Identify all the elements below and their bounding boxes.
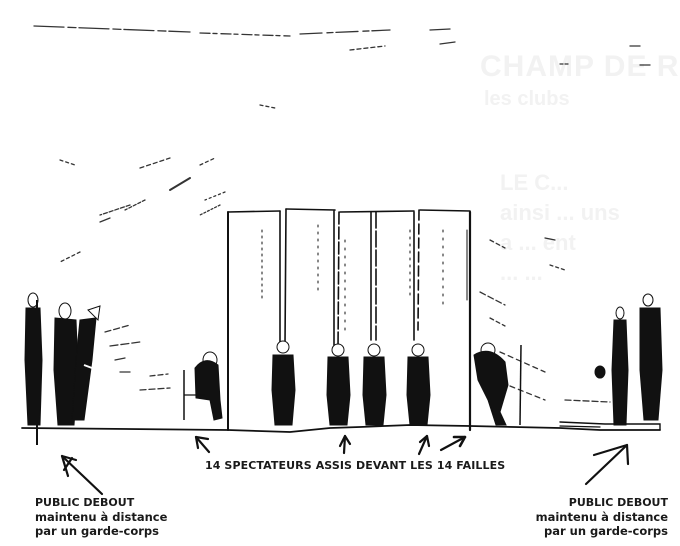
arrow-seat-4 [441, 437, 465, 450]
standing-figure-right-1 [612, 307, 628, 425]
standing-figure-right-2 [640, 294, 662, 420]
seated-spectator-5 [407, 344, 430, 425]
caption-seated-spectators: 14 SPECTATEURS ASSIS DEVANT LES 14 FAILL… [205, 459, 505, 473]
seated-spectator-1 [184, 352, 222, 420]
ball-mark [595, 366, 605, 378]
caption-right-line2: maintenu à distance [536, 510, 668, 524]
arrow-left-public [62, 456, 102, 494]
caption-right-public: PUBLIC DEBOUT maintenu à distance par un… [536, 496, 668, 538]
caption-left-line1: PUBLIC DEBOUT [35, 496, 167, 510]
seated-spectator-4 [363, 344, 386, 425]
standing-figure-left-1 [25, 293, 42, 445]
seated-spectator-2 [272, 341, 295, 425]
caption-right-line1: PUBLIC DEBOUT [536, 496, 668, 510]
arrow-seat-2 [340, 436, 350, 453]
arrow-seat-1 [196, 437, 209, 452]
caption-left-public: PUBLIC DEBOUT maintenu à distance par un… [35, 496, 167, 538]
seated-spectator-3 [327, 344, 350, 425]
caption-left-line2: maintenu à distance [35, 510, 167, 524]
arrow-right-public [586, 445, 628, 484]
seated-spectator-6 [474, 343, 521, 425]
arrow-seat-3 [419, 436, 429, 454]
caption-right-line3: par un garde-corps [536, 524, 668, 538]
caption-left-line3: par un garde-corps [35, 524, 167, 538]
